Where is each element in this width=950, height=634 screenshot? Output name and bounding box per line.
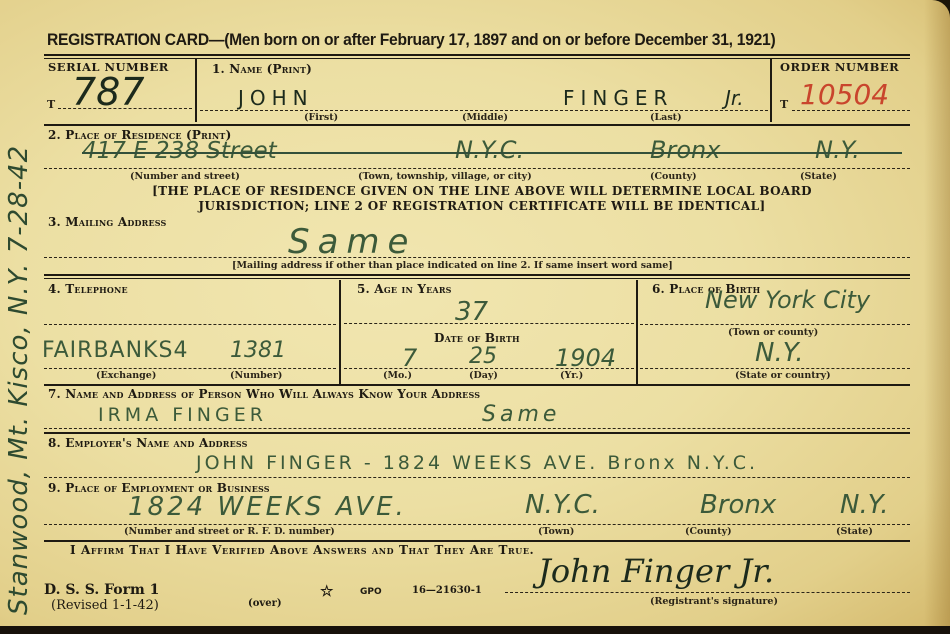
paper-edge-shadow bbox=[924, 0, 950, 634]
mailing-value: Same bbox=[288, 222, 416, 262]
name-line bbox=[200, 110, 768, 111]
star-icon: ☆ bbox=[320, 582, 333, 600]
residence-street: 417 E 238 Street bbox=[82, 138, 277, 164]
residence-state: N.Y. bbox=[815, 136, 860, 164]
order-number-label: ORDER NUMBER bbox=[780, 60, 899, 74]
residence-strikethrough bbox=[82, 152, 902, 154]
mailing-label: 3. Mailing Address bbox=[48, 215, 167, 229]
form-number: D. S. S. Form 1 bbox=[44, 582, 159, 598]
serial-prefix: T bbox=[47, 98, 55, 111]
dob-month-caption: (Mo.) bbox=[383, 370, 412, 381]
order-line bbox=[792, 110, 910, 111]
name-last-caption: (Last) bbox=[650, 112, 682, 123]
margin-note: Stanwood, Mt. Kisco, N.Y. 7-28-42 bbox=[4, 145, 34, 615]
telephone-exchange-caption: (Exchange) bbox=[96, 370, 156, 381]
employment-town: N.Y.C. bbox=[525, 490, 600, 520]
employment-county: Bronx bbox=[700, 490, 776, 520]
employment-street: 1824 WEEKS AVE. bbox=[128, 492, 407, 522]
residence-street-caption: (Number and street) bbox=[130, 171, 240, 182]
order-number-value: 10504 bbox=[800, 78, 889, 111]
residence-county-caption: (County) bbox=[650, 171, 697, 182]
dob-year-caption: (Yr.) bbox=[560, 370, 583, 381]
residence-county: Bronx bbox=[650, 136, 720, 164]
dob-day-caption: (Day) bbox=[469, 370, 498, 381]
dob-label: Date of Birth bbox=[434, 331, 520, 345]
contact-line bbox=[44, 428, 910, 429]
section-rule bbox=[44, 124, 910, 126]
section-rule bbox=[44, 540, 910, 542]
serial-line bbox=[58, 108, 192, 109]
birthplace-state-caption: (State or country) bbox=[735, 370, 831, 381]
gpo-mark: GPO bbox=[360, 587, 382, 597]
telephone-number-caption: (Number) bbox=[230, 370, 282, 381]
order-prefix: T bbox=[780, 98, 788, 111]
employment-town-caption: (Town) bbox=[538, 526, 574, 537]
contact-address: Same bbox=[482, 402, 560, 427]
card-title: REGISTRATION CARD—(Men born on or after … bbox=[47, 30, 775, 50]
contact-label: 7. Name and Address of Person Who Will A… bbox=[48, 387, 480, 401]
over-note: (over) bbox=[248, 598, 282, 609]
employer-line bbox=[44, 477, 910, 478]
telephone-label: 4. Telephone bbox=[48, 282, 128, 296]
residence-town-caption: (Town, township, village, or city) bbox=[358, 171, 532, 182]
employment-line bbox=[44, 524, 910, 525]
mailing-line bbox=[44, 257, 910, 258]
name-last: FINGER bbox=[563, 86, 673, 110]
residence-notice-line2: JURISDICTION; LINE 2 OF REGISTRATION CER… bbox=[107, 199, 857, 213]
employer-label: 8. Employer's Name and Address bbox=[48, 436, 248, 450]
divider bbox=[195, 58, 197, 122]
contact-name: IRMA FINGER bbox=[98, 404, 267, 426]
employment-county-caption: (County) bbox=[685, 526, 732, 537]
residence-notice-line1: [THE PLACE OF RESIDENCE GIVEN ON THE LIN… bbox=[107, 184, 857, 198]
signature-caption: (Registrant's signature) bbox=[650, 596, 778, 607]
divider bbox=[770, 58, 772, 122]
employment-state-caption: (State) bbox=[836, 526, 873, 537]
mailing-caption: [Mailing address if other than place ind… bbox=[232, 260, 673, 271]
name-first-caption: (First) bbox=[304, 112, 338, 123]
name-middle-caption: (Middle) bbox=[462, 112, 508, 123]
residence-state-caption: (State) bbox=[800, 171, 837, 182]
birthplace-town-line bbox=[640, 324, 910, 325]
birthplace-state-line bbox=[640, 368, 910, 369]
birthplace-town-caption: (Town or county) bbox=[728, 327, 818, 338]
employment-state: N.Y. bbox=[840, 490, 889, 520]
section-rule bbox=[44, 274, 910, 279]
age-line bbox=[344, 323, 634, 324]
divider bbox=[339, 280, 341, 384]
registration-card: Stanwood, Mt. Kisco, N.Y. 7-28-42 REGIST… bbox=[0, 0, 950, 634]
birthplace-town: New York City bbox=[705, 286, 870, 314]
dob-day: 25 bbox=[469, 344, 497, 369]
section-rule bbox=[44, 432, 910, 434]
signature-line bbox=[505, 592, 910, 593]
title-rule bbox=[44, 54, 910, 59]
telephone-line bbox=[44, 368, 336, 369]
age-label: 5. Age in Years bbox=[357, 282, 452, 296]
birthplace-state: N.Y. bbox=[755, 338, 804, 368]
residence-town: N.Y.C. bbox=[455, 136, 524, 164]
dob-line bbox=[344, 368, 634, 369]
form-revised: (Revised 1-1-42) bbox=[51, 598, 159, 613]
name-first: JOHN bbox=[238, 86, 314, 110]
name-label: 1. Name (Print) bbox=[212, 62, 312, 76]
telephone-exchange: FAIRBANKS4 bbox=[42, 338, 188, 363]
telephone-line-upper bbox=[44, 324, 336, 325]
print-code: 16—21630-1 bbox=[412, 585, 482, 596]
affirmation-text: I Affirm That I Have Verified Above Answ… bbox=[70, 543, 534, 557]
employment-street-caption: (Number and street or R. F. D. number) bbox=[124, 526, 335, 537]
section-rule bbox=[44, 384, 910, 386]
residence-line bbox=[44, 168, 910, 169]
divider bbox=[636, 280, 638, 384]
employer-value: JOHN FINGER - 1824 WEEKS AVE. Bronx N.Y.… bbox=[196, 452, 758, 474]
registrant-signature: John Finger Jr. bbox=[538, 552, 774, 590]
name-suffix: Jr. bbox=[725, 86, 744, 110]
telephone-number: 1381 bbox=[230, 338, 286, 363]
